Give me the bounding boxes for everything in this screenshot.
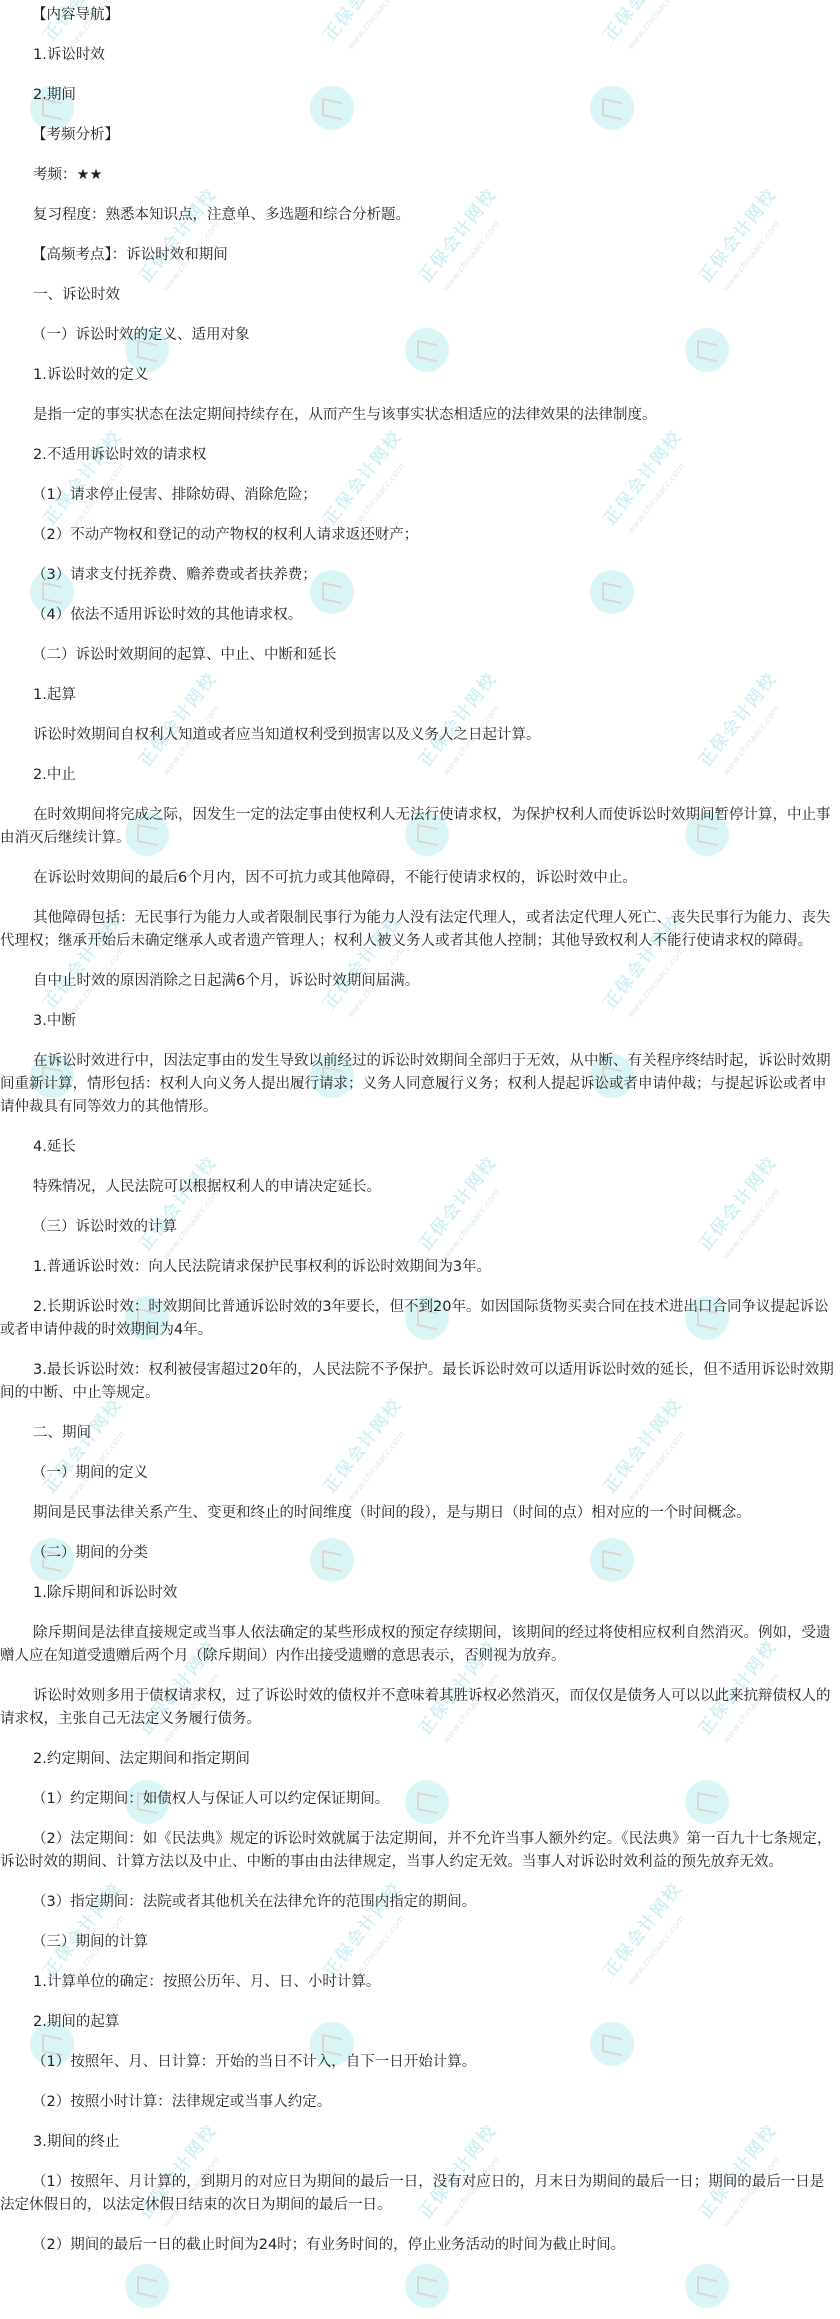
subsubsection-heading: 3.中断: [0, 1010, 840, 1033]
subsubsection-heading: 1.起算: [0, 684, 840, 707]
freq-rating: 考频：★★: [0, 164, 840, 187]
subsubsection-heading: 2.中止: [0, 764, 840, 787]
watermark-logo-icon: [685, 2264, 729, 2308]
paragraph: 诉讼时效期间自权利人知道或者应当知道权利受到损害以及义务人之日起计算。: [0, 724, 840, 747]
paragraph: 在诉讼时效进行中，因法定事由的发生导致以前经过的诉讼时效期间全部归于无效，从中断…: [0, 1050, 840, 1119]
subsubsection-heading: 4.延长: [0, 1136, 840, 1159]
subsubsection-heading: 2.约定期间、法定期间和指定期间: [0, 1748, 840, 1771]
paragraph: 是指一定的事实状态在法定期间持续存在，从而产生与该事实状态相适应的法律效果的法律…: [0, 404, 840, 427]
paragraph: 在诉讼时效期间的最后6个月内，因不可抗力或其他障碍，不能行使请求权的，诉讼时效中…: [0, 867, 840, 890]
subsubsection-heading: 2.期间的起算: [0, 2011, 840, 2034]
list-item: （2）按照小时计算：法律规定或当事人约定。: [0, 2091, 840, 2114]
section-heading: 二、期间: [0, 1422, 840, 1445]
list-item: （1）约定期间：如债权人与保证人可以约定保证期间。: [0, 1788, 840, 1811]
paragraph: 除斥期间是法律直接规定或当事人依法确定的某些形成权的预定存续期间，该期间的经过将…: [0, 1622, 840, 1668]
list-item: （2）法定期间：如《民法典》规定的诉讼时效就属于法定期间，并不允许当事人额外约定…: [0, 1828, 840, 1874]
list-item: （1）请求停止侵害、排除妨碍、消除危险；: [0, 484, 840, 507]
paragraph: 自中止时效的原因消除之日起满6个月，诉讼时效期间届满。: [0, 970, 840, 993]
paragraph: 其他障碍包括：无民事行为能力人或者限制民事行为能力人没有法定代理人，或者法定代理…: [0, 907, 840, 953]
list-item: （4）依法不适用诉讼时效的其他请求权。: [0, 604, 840, 627]
review-level: 复习程度：熟悉本知识点，注意单、多选题和综合分析题。: [0, 204, 840, 227]
watermark-logo-icon: [125, 2264, 169, 2308]
subsubsection-heading: 1.除斥期间和诉讼时效: [0, 1582, 840, 1605]
nav-item: 1.诉讼时效: [0, 44, 840, 67]
paragraph: 特殊情况，人民法院可以根据权利人的申请决定延长。: [0, 1176, 840, 1199]
nav-item: 2.期间: [0, 84, 840, 107]
subsection-heading: （一）期间的定义: [0, 1462, 840, 1485]
list-item: （2）不动产物权和登记的动产物权的权利人请求返还财产；: [0, 524, 840, 547]
section-heading: 一、诉讼时效: [0, 284, 840, 307]
list-item: （3）指定期间：法院或者其他机关在法律允许的范围内指定的期间。: [0, 1891, 840, 1914]
list-item: （3）请求支付抚养费、赡养费或者扶养费；: [0, 564, 840, 587]
nav-heading: 【内容导航】: [0, 4, 840, 27]
watermark-logo-icon: [405, 2264, 449, 2308]
article-body: 【内容导航】 1.诉讼时效 2.期间 【考频分析】 考频：★★ 复习程度：熟悉本…: [0, 0, 840, 2257]
list-item: （1）按照年、月、日计算：开始的当日不计入，自下一日开始计算。: [0, 2051, 840, 2074]
paragraph: 1.计算单位的确定：按照公历年、月、日、小时计算。: [0, 1971, 840, 1994]
paragraph: 在时效期间将完成之际，因发生一定的法定事由使权利人无法行使请求权，为保护权利人而…: [0, 804, 840, 850]
subsection-heading: （二）期间的分类: [0, 1542, 840, 1565]
subsection-heading: （一）诉讼时效的定义、适用对象: [0, 324, 840, 347]
subsection-heading: （三）期间的计算: [0, 1931, 840, 1954]
subsubsection-heading: 2.不适用诉讼时效的请求权: [0, 444, 840, 467]
subsubsection-heading: 1.诉讼时效的定义: [0, 364, 840, 387]
subsection-heading: （三）诉讼时效的计算: [0, 1216, 840, 1239]
list-item: （2）期间的最后一日的截止时间为24时；有业务时间的，停止业务活动的时间为截止时…: [0, 2234, 840, 2257]
paragraph: 1.普通诉讼时效：向人民法院请求保护民事权利的诉讼时效期间为3年。: [0, 1256, 840, 1279]
key-point-heading: 【高频考点】：诉讼时效和期间: [0, 244, 840, 267]
paragraph: 3.最长诉讼时效：权利被侵害超过20年的，人民法院不予保护。最长诉讼时效可以适用…: [0, 1359, 840, 1405]
subsubsection-heading: 3.期间的终止: [0, 2131, 840, 2154]
freq-heading: 【考频分析】: [0, 124, 840, 147]
paragraph: 诉讼时效则多用于债权请求权，过了诉讼时效的债权并不意味着其胜诉权必然消灭，而仅仅…: [0, 1685, 840, 1731]
paragraph: 2.长期诉讼时效：时效期间比普通诉讼时效的3年要长，但不到20年。如因国际货物买…: [0, 1296, 840, 1342]
paragraph: 期间是民事法律关系产生、变更和终止的时间维度（时间的段），是与期日（时间的点）相…: [0, 1502, 840, 1525]
list-item: （1）按照年、月计算的，到期月的对应日为期间的最后一日，没有对应日的，月末日为期…: [0, 2171, 840, 2217]
subsection-heading: （二）诉讼时效期间的起算、中止、中断和延长: [0, 644, 840, 667]
